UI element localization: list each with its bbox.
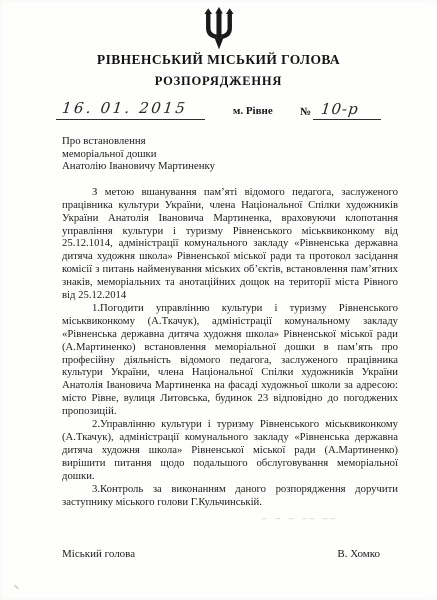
scan-speck <box>14 585 19 590</box>
signatory-name: В. Хомко <box>337 548 380 560</box>
place-label: м. Рівне <box>233 105 273 120</box>
item-2-paragraph: 2.Управлінню культури і туризму Рівненсь… <box>62 418 398 483</box>
body-text: З метою вшанування пам’яті відомого педа… <box>62 186 398 523</box>
document-page: РІВНЕНСЬКИЙ МІСЬКИЙ ГОЛОВА РОЗПОРЯДЖЕННЯ… <box>0 0 437 600</box>
org-title: РІВНЕНСЬКИЙ МІСЬКИЙ ГОЛОВА <box>0 52 437 68</box>
intro-paragraph: З метою вшанування пам’яті відомого педа… <box>62 186 398 302</box>
item-3-paragraph: 3.Контроль за виконанням даного розпоряд… <box>62 483 398 509</box>
tryzub-emblem-icon <box>200 7 238 50</box>
subject-line: Анатолію Івановичу Мартиненку <box>62 160 397 173</box>
signature-row: Міський голова В. Хомко <box>62 548 380 560</box>
number-sign-label: № <box>300 106 311 120</box>
document-type-heading: РОЗПОРЯДЖЕННЯ <box>0 74 437 89</box>
handwritten-number: 10-р <box>320 100 360 118</box>
subject-block: Про встановлення меморіальної дошки Анат… <box>62 135 397 173</box>
number-field: № 10-р <box>300 100 381 120</box>
item-1-paragraph: 1.Погодити управлінню культури і туризму… <box>62 302 398 418</box>
signatory-position: Міський голова <box>62 548 135 560</box>
date-field: 16. 01. 2015 <box>56 99 205 120</box>
subject-line: меморіальної дошки <box>62 148 397 161</box>
subject-line: Про встановлення <box>62 135 397 148</box>
handwritten-date: 16. 01. 2015 <box>61 99 188 117</box>
meta-row: 16. 01. 2015 м. Рівне № 10-р <box>56 99 381 120</box>
emblem-container <box>0 0 437 50</box>
number-line: 10-р <box>313 100 381 120</box>
faint-pencil-marks: _ _ _ __ __ <box>262 509 398 522</box>
